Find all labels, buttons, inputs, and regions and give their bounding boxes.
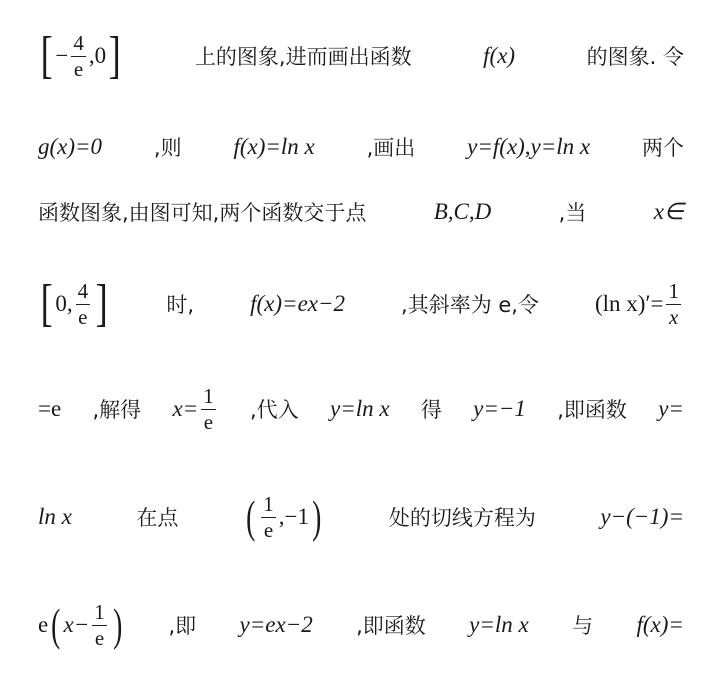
text: 的图象. 令 <box>587 41 684 71</box>
math-equations: y=f(x),y=ln x <box>467 134 590 160</box>
math-gx-eq-0: g(x)=0 <box>38 134 102 160</box>
text-line-4: [ 0, 4 e ] 时, f(x)=ex−2 ,其斜率为 e,令 (ln x)… <box>38 276 684 332</box>
fraction-4-over-e: 4 e <box>71 33 86 80</box>
text: ,即函数 <box>356 610 426 640</box>
text-line-1: [ − 4 e ,0 ] 上的图象,进而画出函数 f(x) 的图象. 令 <box>38 28 684 84</box>
text: 两个 <box>642 132 684 162</box>
math-y-eq: y= <box>658 396 684 422</box>
text-line-7: e ( x− 1 e ) ,即 y=ex−2 ,即函数 y=ln x 与 f(x… <box>38 597 684 653</box>
fraction-1-over-e: 1 e <box>261 494 276 541</box>
math-points-bcd: B,C,D <box>434 199 492 225</box>
minus-sign: − <box>55 43 68 69</box>
math-fx-eq-ex-2: f(x)=ex−2 <box>250 291 345 317</box>
fraction-1-over-e: 1 e <box>92 602 107 649</box>
bracket-open: [ <box>41 278 53 330</box>
math-eq-e: =e <box>38 396 61 422</box>
math-y-eq-lnx: y=ln x <box>469 612 529 638</box>
comma-zero: ,0 <box>89 43 106 69</box>
text: ,则 <box>154 132 182 162</box>
math-fx-eq-lnx: f(x)=ln x <box>233 134 314 160</box>
paren-open: ( <box>51 602 60 648</box>
fraction-1-over-e: 1 e <box>201 386 216 433</box>
math-lnx: ln x <box>38 504 72 530</box>
text: 得 <box>421 394 442 424</box>
math-x-in: x∈ <box>654 199 684 225</box>
text: 处的切线方程为 <box>389 502 536 532</box>
math-y-eq-lnx: y=ln x <box>330 396 390 422</box>
interval-0-to-4-over-e: [ 0, 4 e ] <box>38 278 110 330</box>
text: 时, <box>166 289 194 319</box>
zero-comma: 0, <box>55 291 72 317</box>
x-eq-1-over-e: x= 1 e <box>172 386 218 433</box>
text: 上的图象,进而画出函数 <box>195 41 412 71</box>
text: ,即函数 <box>557 394 627 424</box>
interval-neg-4-over-e-to-0: [ − 4 e ,0 ] <box>38 30 123 82</box>
fraction-4-over-e: 4 e <box>76 281 91 328</box>
paren-open: ( <box>246 494 255 540</box>
point-1-over-e-neg1: ( 1 e ,−1 ) <box>243 494 324 541</box>
text: ,其斜率为 e,令 <box>401 289 539 319</box>
text-line-2: g(x)=0 ,则 f(x)=ln x ,画出 y=f(x),y=ln x 两个 <box>38 119 684 175</box>
text: 函数图象,由图可知,两个函数交于点 <box>38 197 366 227</box>
text: 在点 <box>136 502 178 532</box>
e-times-x-minus-1-over-e: e ( x− 1 e ) <box>38 602 125 649</box>
fraction-1-over-x: 1 x <box>666 281 681 328</box>
paren-close: ) <box>113 602 122 648</box>
text: ,代入 <box>250 394 299 424</box>
bracket-open: [ <box>41 30 53 82</box>
text: ,解得 <box>92 394 141 424</box>
math-tangent-eq: y−(−1)= <box>600 504 684 530</box>
paren-close: ) <box>312 494 321 540</box>
text: ,画出 <box>367 132 416 162</box>
bracket-close: ] <box>109 30 121 82</box>
math-y-eq-ex-2: y=ex−2 <box>240 612 313 638</box>
text-line-3: 函数图象,由图可知,两个函数交于点 B,C,D ,当 x∈ <box>38 184 684 240</box>
text: 与 <box>572 610 593 640</box>
text: ,当 <box>559 197 587 227</box>
bracket-close: ] <box>96 278 108 330</box>
math-fx: f(x) <box>483 43 515 69</box>
math-y-eq-neg1: y=−1 <box>473 396 526 422</box>
math-lnx-prime: (ln x)′= <box>595 291 663 317</box>
text-line-6: ln x 在点 ( 1 e ,−1 ) 处的切线方程为 y−(−1)= <box>38 489 684 545</box>
derivative-expression: (ln x)′= 1 x <box>595 281 684 328</box>
math-fx-eq: f(x)= <box>636 612 683 638</box>
text: ,即 <box>168 610 196 640</box>
text-line-5: =e ,解得 x= 1 e ,代入 y=ln x 得 y=−1 ,即函数 y= <box>38 381 684 437</box>
